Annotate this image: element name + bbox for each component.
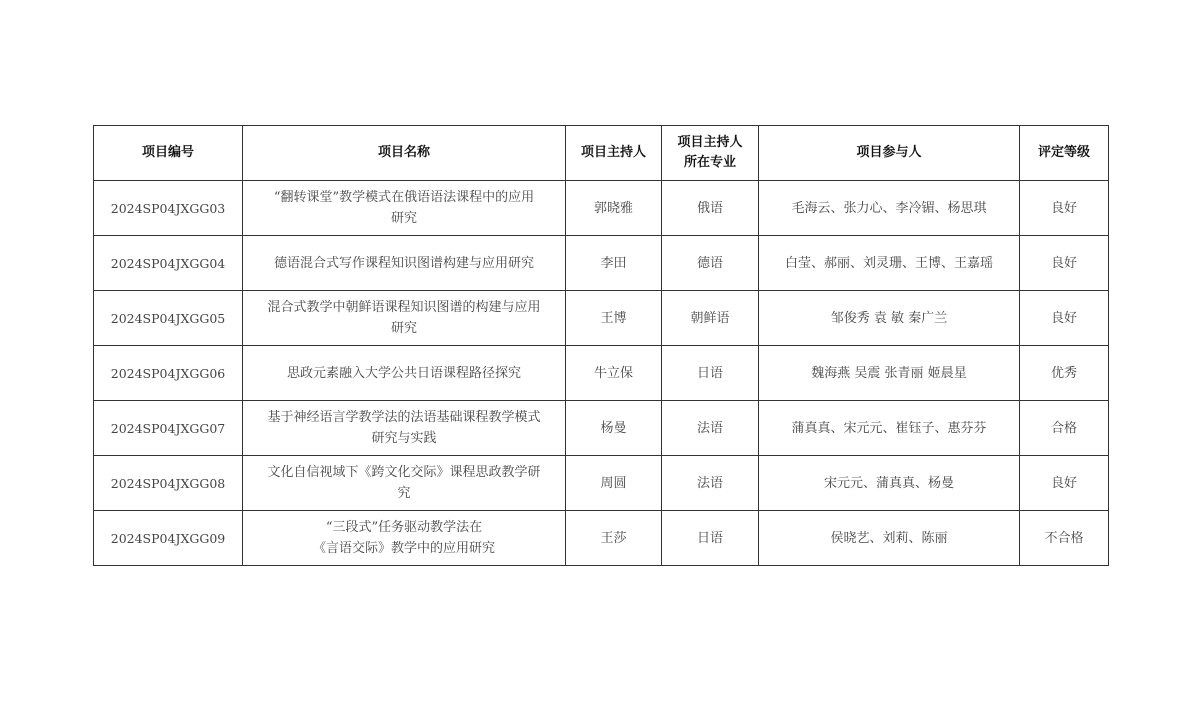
project-code-cell: 2024SP04JXGG07 — [94, 401, 243, 456]
project-host-cell: 李田 — [566, 236, 662, 291]
grade-cell: 合格 — [1020, 401, 1109, 456]
project-members-cell: 蒲真真、宋元元、崔钰子、惠芬芬 — [759, 401, 1020, 456]
grade-cell: 不合格 — [1020, 511, 1109, 566]
project-code-cell: 2024SP04JXGG05 — [94, 291, 243, 346]
project-members-cell: 侯晓艺、刘莉、陈丽 — [759, 511, 1020, 566]
header-project-code: 项目编号 — [94, 126, 243, 181]
host-major-cell: 德语 — [662, 236, 759, 291]
project-host-cell: 王莎 — [566, 511, 662, 566]
project-code-cell: 2024SP04JXGG06 — [94, 346, 243, 401]
project-members-cell: 毛海云、张力心、李冷镅、杨思琪 — [759, 181, 1020, 236]
project-title-cell: “翻转课堂”教学模式在俄语语法课程中的应用 研究 — [243, 181, 566, 236]
host-major-cell: 俄语 — [662, 181, 759, 236]
project-title-cell: 混合式教学中朝鲜语课程知识图谱的构建与应用 研究 — [243, 291, 566, 346]
header-project-title: 项目名称 — [243, 126, 566, 181]
host-major-cell: 法语 — [662, 401, 759, 456]
grade-cell: 良好 — [1020, 456, 1109, 511]
table-row: 2024SP04JXGG06 思政元素融入大学公共日语课程路径探究 牛立保 日语… — [94, 346, 1109, 401]
host-major-cell: 朝鲜语 — [662, 291, 759, 346]
project-evaluation-table: 项目编号 项目名称 项目主持人 项目主持人 所在专业 项目参与人 评定等级 20… — [93, 125, 1109, 566]
project-title-cell: “三段式”任务驱动教学法在 《言语交际》教学中的应用研究 — [243, 511, 566, 566]
table-header-row: 项目编号 项目名称 项目主持人 项目主持人 所在专业 项目参与人 评定等级 — [94, 126, 1109, 181]
project-members-cell: 魏海燕 吴震 张青丽 姬晨星 — [759, 346, 1020, 401]
project-code-cell: 2024SP04JXGG09 — [94, 511, 243, 566]
host-major-cell: 法语 — [662, 456, 759, 511]
project-code-cell: 2024SP04JXGG08 — [94, 456, 243, 511]
project-title-cell: 文化自信视域下《跨文化交际》课程思政教学研 究 — [243, 456, 566, 511]
project-host-cell: 杨曼 — [566, 401, 662, 456]
table-row: 2024SP04JXGG07 基于神经语言学教学法的法语基础课程教学模式 研究与… — [94, 401, 1109, 456]
grade-cell: 良好 — [1020, 181, 1109, 236]
table-row: 2024SP04JXGG03 “翻转课堂”教学模式在俄语语法课程中的应用 研究 … — [94, 181, 1109, 236]
project-host-cell: 王博 — [566, 291, 662, 346]
project-title-cell: 德语混合式写作课程知识图谱构建与应用研究 — [243, 236, 566, 291]
host-major-cell: 日语 — [662, 511, 759, 566]
grade-cell: 良好 — [1020, 236, 1109, 291]
project-code-cell: 2024SP04JXGG04 — [94, 236, 243, 291]
header-grade: 评定等级 — [1020, 126, 1109, 181]
header-project-host: 项目主持人 — [566, 126, 662, 181]
project-host-cell: 周圆 — [566, 456, 662, 511]
table-row: 2024SP04JXGG05 混合式教学中朝鲜语课程知识图谱的构建与应用 研究 … — [94, 291, 1109, 346]
header-host-major: 项目主持人 所在专业 — [662, 126, 759, 181]
header-project-members: 项目参与人 — [759, 126, 1020, 181]
host-major-cell: 日语 — [662, 346, 759, 401]
grade-cell: 良好 — [1020, 291, 1109, 346]
project-host-cell: 郭晓雅 — [566, 181, 662, 236]
project-members-cell: 邹俊秀 袁 敏 秦广兰 — [759, 291, 1020, 346]
project-members-cell: 白莹、郝丽、刘灵珊、王博、王嘉瑶 — [759, 236, 1020, 291]
project-title-cell: 思政元素融入大学公共日语课程路径探究 — [243, 346, 566, 401]
grade-cell: 优秀 — [1020, 346, 1109, 401]
table-row: 2024SP04JXGG08 文化自信视域下《跨文化交际》课程思政教学研 究 周… — [94, 456, 1109, 511]
table-row: 2024SP04JXGG04 德语混合式写作课程知识图谱构建与应用研究 李田 德… — [94, 236, 1109, 291]
project-host-cell: 牛立保 — [566, 346, 662, 401]
project-members-cell: 宋元元、蒲真真、杨曼 — [759, 456, 1020, 511]
table-row: 2024SP04JXGG09 “三段式”任务驱动教学法在 《言语交际》教学中的应… — [94, 511, 1109, 566]
project-code-cell: 2024SP04JXGG03 — [94, 181, 243, 236]
project-title-cell: 基于神经语言学教学法的法语基础课程教学模式 研究与实践 — [243, 401, 566, 456]
